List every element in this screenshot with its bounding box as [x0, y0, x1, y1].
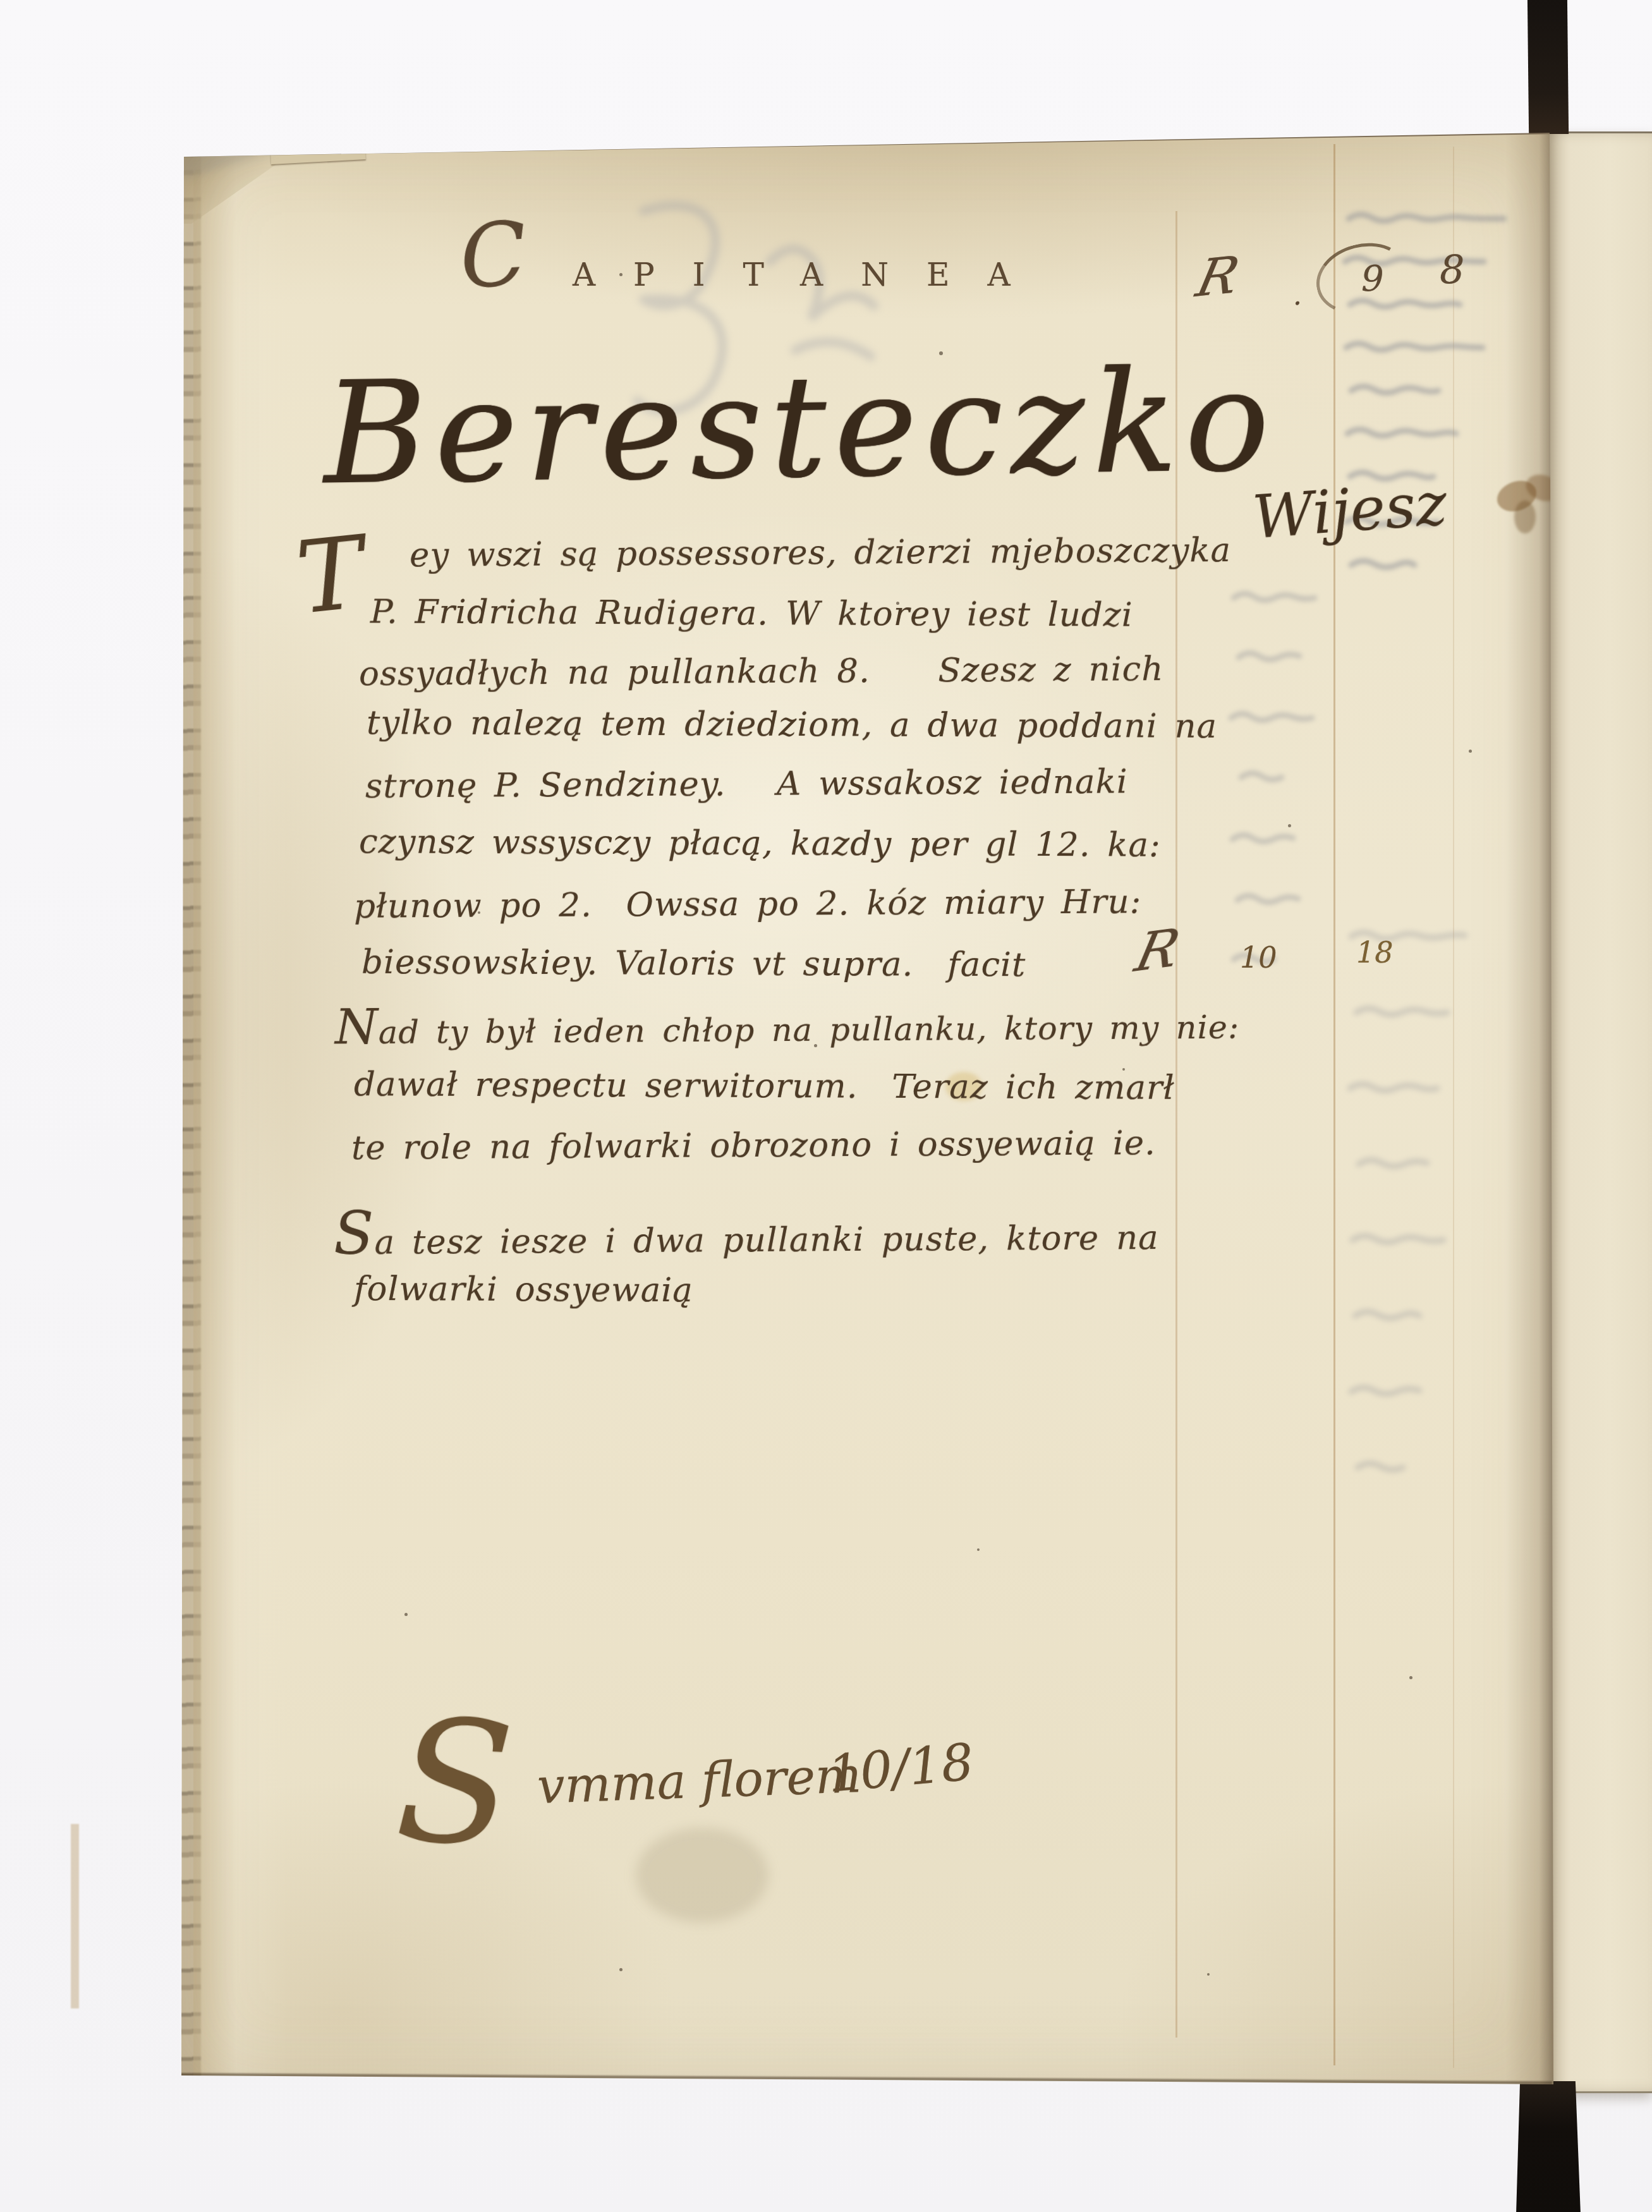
header-initial-letter: C [457, 210, 530, 301]
page-number: 9 [1361, 262, 1384, 297]
header-flourish-dot: . [1293, 282, 1302, 310]
stain-drip [176, 164, 182, 334]
page-bottom-edge [181, 2073, 1552, 2084]
folded-corner-tab [270, 138, 366, 164]
bleed-through-script-middle [1226, 588, 1333, 992]
body-line: folwarki ossyewaią [354, 1272, 693, 1307]
graphite-smudge [176, 129, 258, 139]
paper-stain [636, 1828, 768, 1923]
binding-ribbon-top [1527, 0, 1569, 134]
summa-initial-flourish: S [392, 1696, 517, 1871]
ink-speck [977, 1548, 980, 1551]
page-title-suffix: Wijesz [1251, 475, 1449, 547]
ink-speck [619, 1968, 623, 1971]
sewn-binding-edge [168, 154, 201, 2078]
graphite-smudge [174, 123, 284, 181]
right-fold-shadow [1505, 134, 1553, 2087]
body-line: Sa tesz iesze i dwa pullanki puste, ktor… [334, 1210, 1159, 1260]
protruding-page-sliver [71, 1824, 79, 2008]
worn-top-left-corner [179, 148, 300, 224]
body-line: czynsz wssysczy płacą, kazdy per gl 12. … [359, 825, 1161, 862]
body-line: stronę P. Sendziney. A wssakosz iednaki [365, 765, 1128, 803]
body-line: dawał respectu serwitorum. Teraz ich zma… [354, 1067, 1175, 1105]
running-title: APITANEA [573, 259, 1048, 291]
body-line: te role na folwarki obrozono i ossyewaią… [351, 1126, 1156, 1165]
binding-shadow [193, 157, 288, 2075]
bleed-through-script-lower [1345, 925, 1534, 1532]
ink-stain [1514, 501, 1536, 533]
body-line: ey wszi są possessores, dzierzi mjeboszc… [410, 533, 1231, 572]
margin-amount-florins: 10 [1240, 943, 1277, 972]
ink-stain [1493, 475, 1541, 516]
margin-amount-groszy: 18 [1356, 938, 1394, 967]
ink-speck [1469, 750, 1472, 753]
corner-mark: 8 [1440, 250, 1464, 289]
ink-speck [404, 1613, 408, 1616]
summa-label: vmma florem [537, 1751, 862, 1811]
ink-speck [1409, 1676, 1412, 1679]
page-top-edge [182, 131, 1551, 157]
body-line: tylko nalezą tem dziedziom, a dwa poddan… [367, 706, 1217, 743]
summa-amount: 10/18 [826, 1737, 976, 1800]
body-line: biessowskiey. Valoris vt supra. facit [361, 945, 1026, 982]
page-title: Beresteczko [323, 351, 1278, 504]
body-line: Nad ty był ieden chłop na pullanku, ktor… [335, 1005, 1239, 1050]
paragraph-initial: T [292, 523, 368, 629]
ink-speck [1207, 1973, 1210, 1976]
ink-speck [1288, 824, 1291, 827]
margin-rule-line [1333, 144, 1335, 2065]
body-line: płunow po 2. Owssa po 2. kóz miary Hru: [354, 885, 1142, 923]
underlying-page-edge [1546, 131, 1652, 2093]
manuscript-scan: C APITANEA R . 9 8 Beresteczko Wijesz T … [0, 0, 1652, 2212]
body-line: P. Fridricha Rudigera. W ktorey iest lud… [370, 595, 1133, 631]
margin-rule-line [1453, 147, 1454, 2068]
body-line: ossyadłych na pullankach 8. Szesz z nich [359, 652, 1164, 691]
binding-ribbon-bottom [1516, 2081, 1581, 2212]
